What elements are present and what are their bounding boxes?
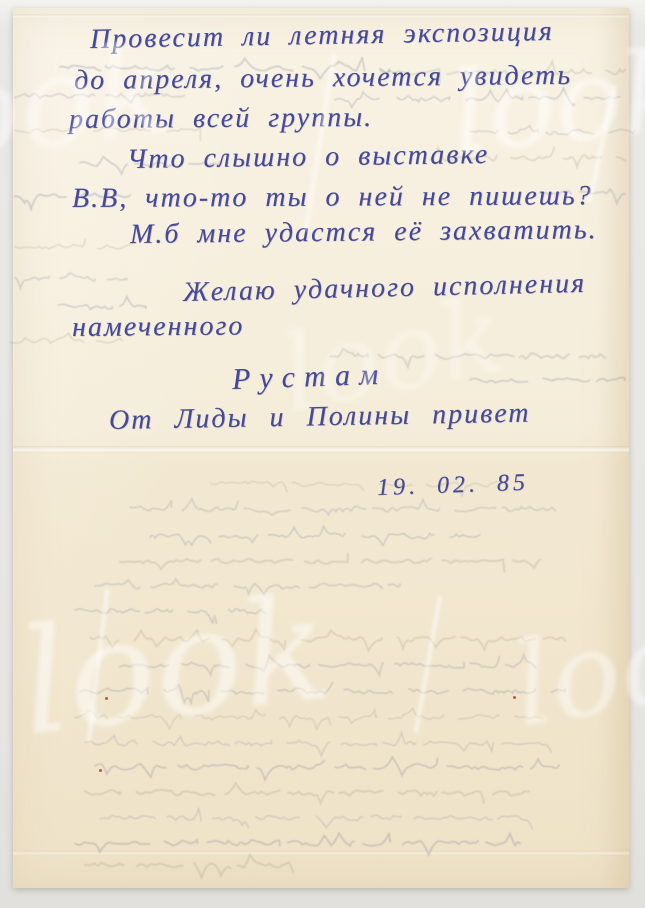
ink-speck (105, 697, 108, 700)
bleed-line (15, 237, 133, 249)
bleed-line (120, 554, 540, 572)
handwritten-line-6: М.б мне удастся её захватить. (130, 214, 598, 251)
ink-speck (513, 696, 516, 699)
handwritten-line-4: Что слышно о выставке (127, 139, 490, 176)
handwritten-line-8: намеченного (72, 310, 245, 344)
bleed-line (85, 855, 293, 878)
watermark-text: look (445, 25, 645, 179)
handwritten-line-5: В.В, что-то ты о ней не пишешь? (72, 180, 593, 215)
bleed-line (85, 783, 529, 803)
bleed-line (150, 526, 480, 545)
bleed-line (15, 273, 127, 289)
letter-date: 19. 02. 85 (377, 470, 530, 502)
bleed-line (75, 833, 520, 855)
bleed-line (58, 296, 146, 309)
bleed-line (95, 757, 559, 780)
scanned-letter: Провесит ли летняя экспозиция до апреля,… (0, 0, 645, 908)
bleed-line (100, 808, 532, 829)
ink-speck (99, 769, 102, 772)
bleed-line (130, 499, 556, 515)
